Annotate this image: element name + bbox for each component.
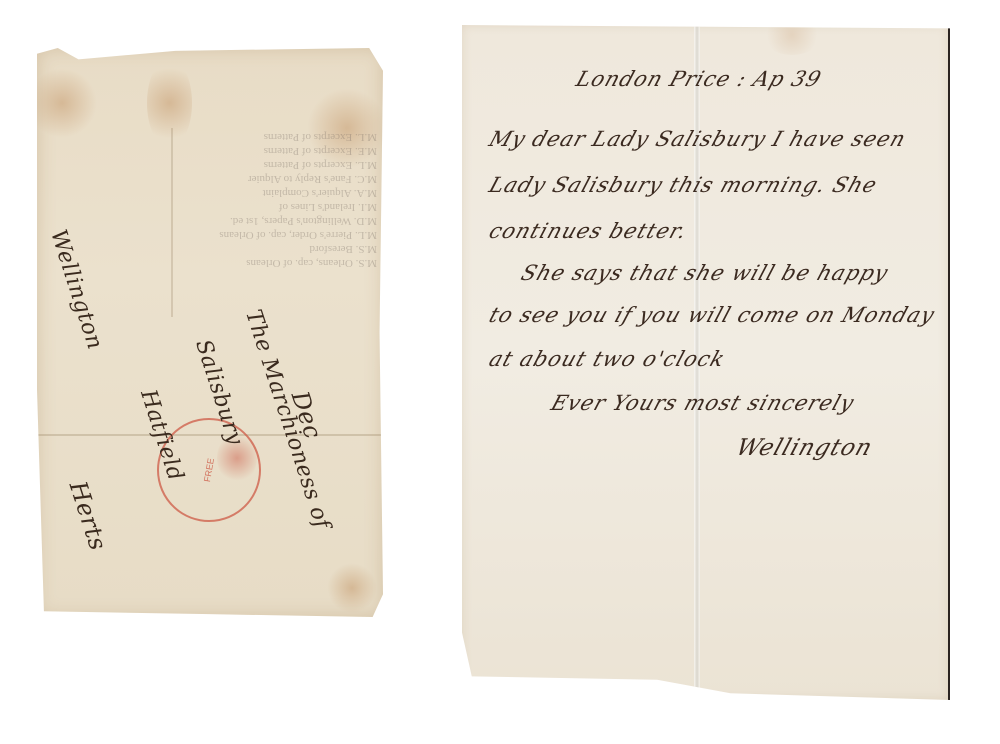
letter-closing: Ever Yours most sincerely bbox=[548, 391, 858, 415]
envelope-cover: M.S. Orleans, cap. of Orleans M.S. Beres… bbox=[37, 48, 383, 617]
letter-line-1: My dear Lady Salisbury I have seen bbox=[486, 127, 909, 151]
postmark-text: FREE bbox=[202, 457, 216, 482]
stain bbox=[27, 68, 97, 138]
letter-line-5: to see you if you will come on Monday bbox=[486, 303, 938, 327]
franking-signature: Wellington bbox=[45, 227, 107, 353]
letter-line-2: Lady Salisbury this morning. She bbox=[486, 173, 881, 197]
letter-line-6: at about two o'clock bbox=[486, 347, 728, 371]
stain bbox=[762, 15, 822, 55]
letter-line-3: continues better. bbox=[486, 219, 690, 243]
letter-heading: London Price : Ap 39 bbox=[573, 67, 825, 91]
handwritten-letter: London Price : Ap 39 My dear Lady Salisb… bbox=[462, 25, 950, 700]
letter-line-4: She says that she will be happy bbox=[518, 261, 892, 285]
letter-signature: Wellington bbox=[733, 435, 876, 461]
address-line-4: Herts bbox=[64, 478, 113, 554]
stain bbox=[327, 563, 377, 613]
printed-reverse-text: M.S. Orleans, cap. of Orleans M.S. Beres… bbox=[172, 130, 377, 270]
